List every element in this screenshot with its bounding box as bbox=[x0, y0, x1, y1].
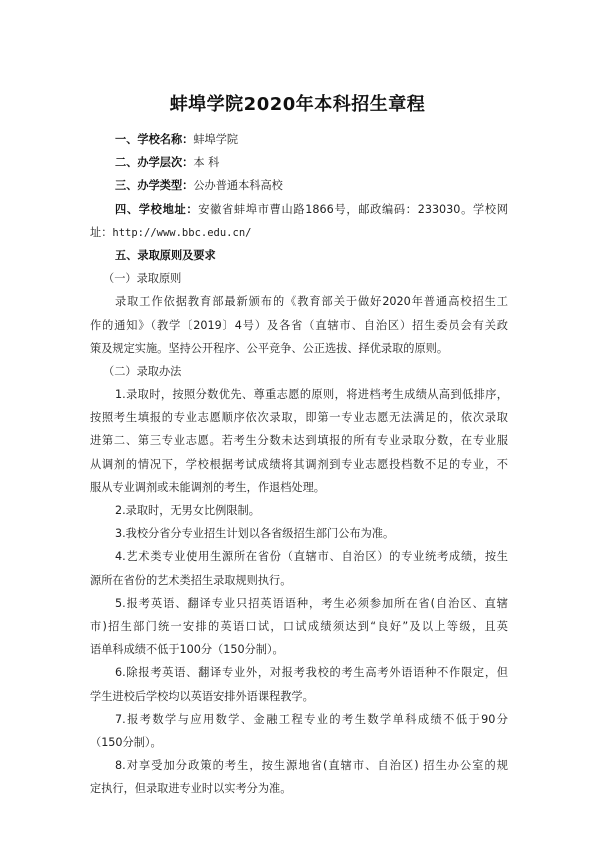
section-label: 一、学校名称： bbox=[115, 133, 193, 146]
section-label: 四、学校地址： bbox=[115, 203, 198, 216]
item-7-line: 7.报考数学与应用数学、金融工程专业的考生数学单科成绩不低于90分 bbox=[90, 708, 508, 731]
item-6-line: 学生进校后学校均以英语安排外语课程教学。 bbox=[90, 685, 508, 708]
item-1-line: 进第二、第三专业志愿。若考生分数未达到填报的所有专业录取分数，在专业服 bbox=[90, 429, 508, 452]
section-value: 公办普通本科高校 bbox=[193, 179, 283, 192]
item-7-line: （150分制）。 bbox=[90, 731, 508, 754]
item-6-line: 6.除报考英语、翻译专业外，对报考我校的考生高考外语语种不作限定，但 bbox=[90, 661, 508, 684]
paragraph-line: 策及规定实施。坚持公开程序、公平竞争、公正选拔、择优录取的原则。 bbox=[90, 337, 508, 360]
item-3-line: 3.我校分省分专业招生计划以各省级招生部门公布为准。 bbox=[90, 522, 508, 545]
section-address-cont: 址：http://www.bbc.edu.cn/ bbox=[90, 221, 508, 244]
address-text: 安徽省蚌埠市曹山路1866号，邮政编码：233030。学校网 bbox=[198, 203, 508, 216]
section-value: 本 科 bbox=[193, 156, 219, 169]
paragraph-line: 作的通知》（教学〔2019〕4号）及各省（直辖市、自治区）招生委员会有关政 bbox=[90, 314, 508, 337]
item-5-line: 5.报考英语、翻译专业只招英语语种，考生必须参加所在省(自治区、直辖 bbox=[90, 592, 508, 615]
item-5-line: 语单科成绩不低于100分（150分制）。 bbox=[90, 638, 508, 661]
school-website-link[interactable]: http://www.bbc.edu.cn/ bbox=[112, 227, 251, 239]
subsection-principles-heading: （一）录取原则 bbox=[90, 267, 508, 290]
section-school-name: 一、学校名称：蚌埠学院 bbox=[90, 128, 508, 151]
page-title: 蚌埠学院2020年本科招生章程 bbox=[0, 90, 595, 116]
section-address: 四、学校地址：安徽省蚌埠市曹山路1866号，邮政编码：233030。学校网 bbox=[90, 198, 508, 221]
subsection-methods-heading: （二）录取办法 bbox=[90, 360, 508, 383]
section-school-type: 三、办学类型：公办普通本科高校 bbox=[90, 174, 508, 197]
section-label: 二、办学层次： bbox=[115, 156, 193, 169]
section-label: 三、办学类型： bbox=[115, 179, 193, 192]
url-prefix: 址： bbox=[90, 226, 112, 239]
item-1-line: 服从专业调剂或未能调剂的考生，作退档处理。 bbox=[90, 476, 508, 499]
section-education-level: 二、办学层次：本 科 bbox=[90, 151, 508, 174]
document-page: 蚌埠学院2020年本科招生章程 一、学校名称：蚌埠学院 二、办学层次：本 科 三… bbox=[0, 0, 595, 841]
item-5-line: 市)招生部门统一安排的英语口试，口试成绩须达到“良好”及以上等级，且英 bbox=[90, 615, 508, 638]
paragraph-line: 录取工作依据教育部最新颁布的《教育部关于做好2020年普通高校招生工 bbox=[90, 290, 508, 313]
item-1-line: 1.录取时，按照分数优先、尊重志愿的原则，将进档考生成绩从高到低排序， bbox=[90, 383, 508, 406]
section-value: 蚌埠学院 bbox=[193, 133, 238, 146]
document-body: 一、学校名称：蚌埠学院 二、办学层次：本 科 三、办学类型：公办普通本科高校 四… bbox=[90, 128, 508, 800]
section-admission-heading: 五、录取原则及要求 bbox=[90, 244, 508, 267]
item-8-line: 定执行，但录取进专业时以实考分为准。 bbox=[90, 777, 508, 800]
item-2-line: 2.录取时，无男女比例限制。 bbox=[90, 499, 508, 522]
item-4-line: 4.艺术类专业使用生源所在省份（直辖市、自治区）的专业统考成绩，按生 bbox=[90, 545, 508, 568]
item-4-line: 源所在省份的艺术类招生录取规则执行。 bbox=[90, 569, 508, 592]
item-8-line: 8.对享受加分政策的考生，按生源地省(直辖市、自治区) 招生办公室的规 bbox=[90, 754, 508, 777]
item-1-line: 从调剂的情况下，学校根据考试成绩将其调剂到专业志愿投档数不足的专业，不 bbox=[90, 453, 508, 476]
item-1-line: 按照考生填报的专业志愿顺序依次录取，即第一专业志愿无法满足的，依次录取 bbox=[90, 406, 508, 429]
